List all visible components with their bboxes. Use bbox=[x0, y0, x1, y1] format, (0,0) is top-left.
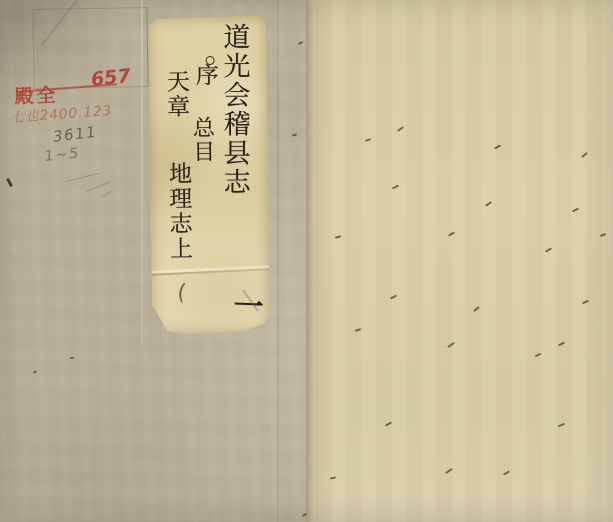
red-ink-number: 657 bbox=[90, 65, 132, 91]
label-geography-column: 地理志上 bbox=[162, 161, 196, 261]
volume-number-mark: 一 bbox=[233, 281, 265, 326]
faint-pencil-scribble bbox=[101, 191, 112, 198]
cover-crease bbox=[277, 0, 279, 522]
faint-pencil-scribble bbox=[86, 181, 111, 192]
label-preface-column: 序 bbox=[189, 63, 222, 86]
faint-pencil-scribble bbox=[66, 173, 99, 182]
label-contents-column: 总目 bbox=[186, 116, 218, 164]
blank-flyleaf-page bbox=[302, 0, 613, 522]
label-title-column: 道光会稽县志 bbox=[219, 23, 248, 197]
pencil-paren-mark: ( bbox=[176, 280, 188, 306]
book-cover: 殿全 657 七也2400.123 3611 1~5 道光会稽县志 序 总目 天… bbox=[0, 0, 306, 522]
pencil-volume-range: 1~5 bbox=[44, 145, 81, 165]
book-scan: 殿全 657 七也2400.123 3611 1~5 道光会稽县志 序 总目 天… bbox=[0, 0, 613, 522]
paper-title-label: 道光会稽县志 序 总目 天章 地理志上 一 ( bbox=[148, 15, 270, 334]
cover-crease bbox=[141, 0, 143, 345]
pencil-shelf-number: 3611 bbox=[52, 123, 98, 146]
label-tianzhang-column: 天章 bbox=[160, 69, 194, 119]
